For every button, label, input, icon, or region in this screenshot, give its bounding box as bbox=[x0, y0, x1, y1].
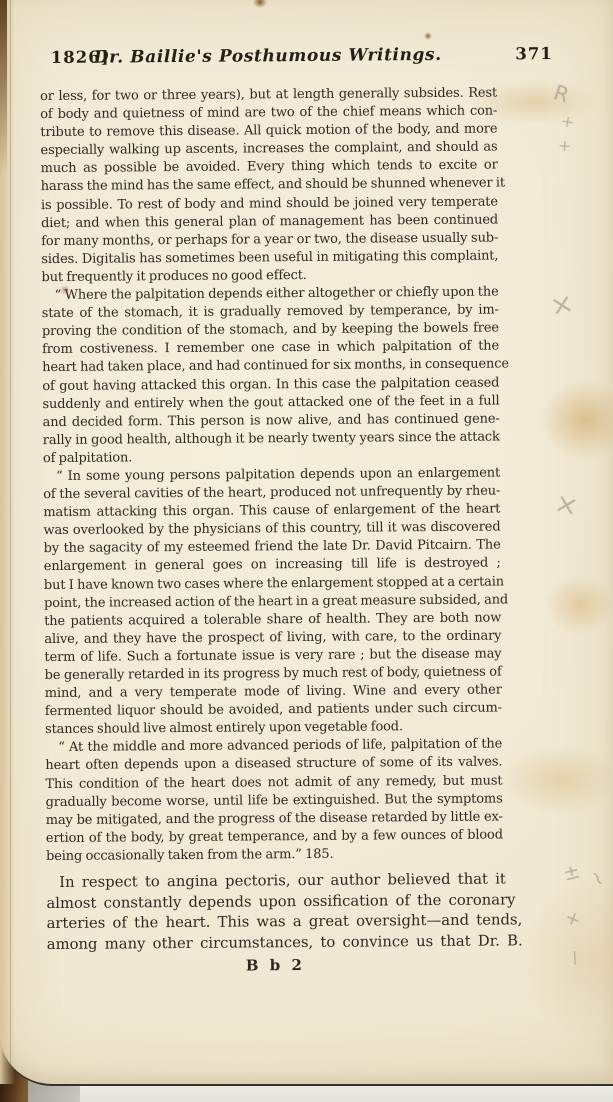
book-page-scan: 1826] Dr. Baillie's Posthumous Writings.… bbox=[0, 0, 613, 1102]
paper-page: 1826] Dr. Baillie's Posthumous Writings.… bbox=[0, 0, 613, 1086]
text-line: rally in good health, although it be nea… bbox=[43, 428, 500, 450]
signature-mark: B b 2 bbox=[47, 955, 504, 977]
paragraph: “ In some young persons palpitation depe… bbox=[43, 464, 502, 739]
running-header: 1826] Dr. Baillie's Posthumous Writings.… bbox=[0, 44, 609, 75]
paragraph: “ Where the palpitation depends either a… bbox=[42, 284, 500, 469]
text-line: among many other circumstances, to convi… bbox=[47, 931, 504, 955]
text-line: ertion of the body, by great temperance,… bbox=[46, 826, 503, 848]
text-line: sides. Digitalis has sometimes been usef… bbox=[41, 247, 498, 269]
paragraph: In respect to angina pectoris, our autho… bbox=[46, 869, 504, 955]
paragraph: or less, for two or three years), but at… bbox=[40, 84, 499, 287]
pencil-mark: + bbox=[557, 136, 572, 156]
paragraph: “ At the middle and more advanced period… bbox=[45, 736, 503, 866]
header-page-number: 371 bbox=[515, 44, 553, 63]
header-title: Dr. Baillie's Posthumous Writings. bbox=[94, 45, 442, 68]
body-text: or less, for two or three years), but at… bbox=[40, 84, 504, 976]
text-line: being occasionally taken from the arm.” … bbox=[46, 844, 503, 866]
printed-content: 1826] Dr. Baillie's Posthumous Writings.… bbox=[0, 0, 613, 1086]
